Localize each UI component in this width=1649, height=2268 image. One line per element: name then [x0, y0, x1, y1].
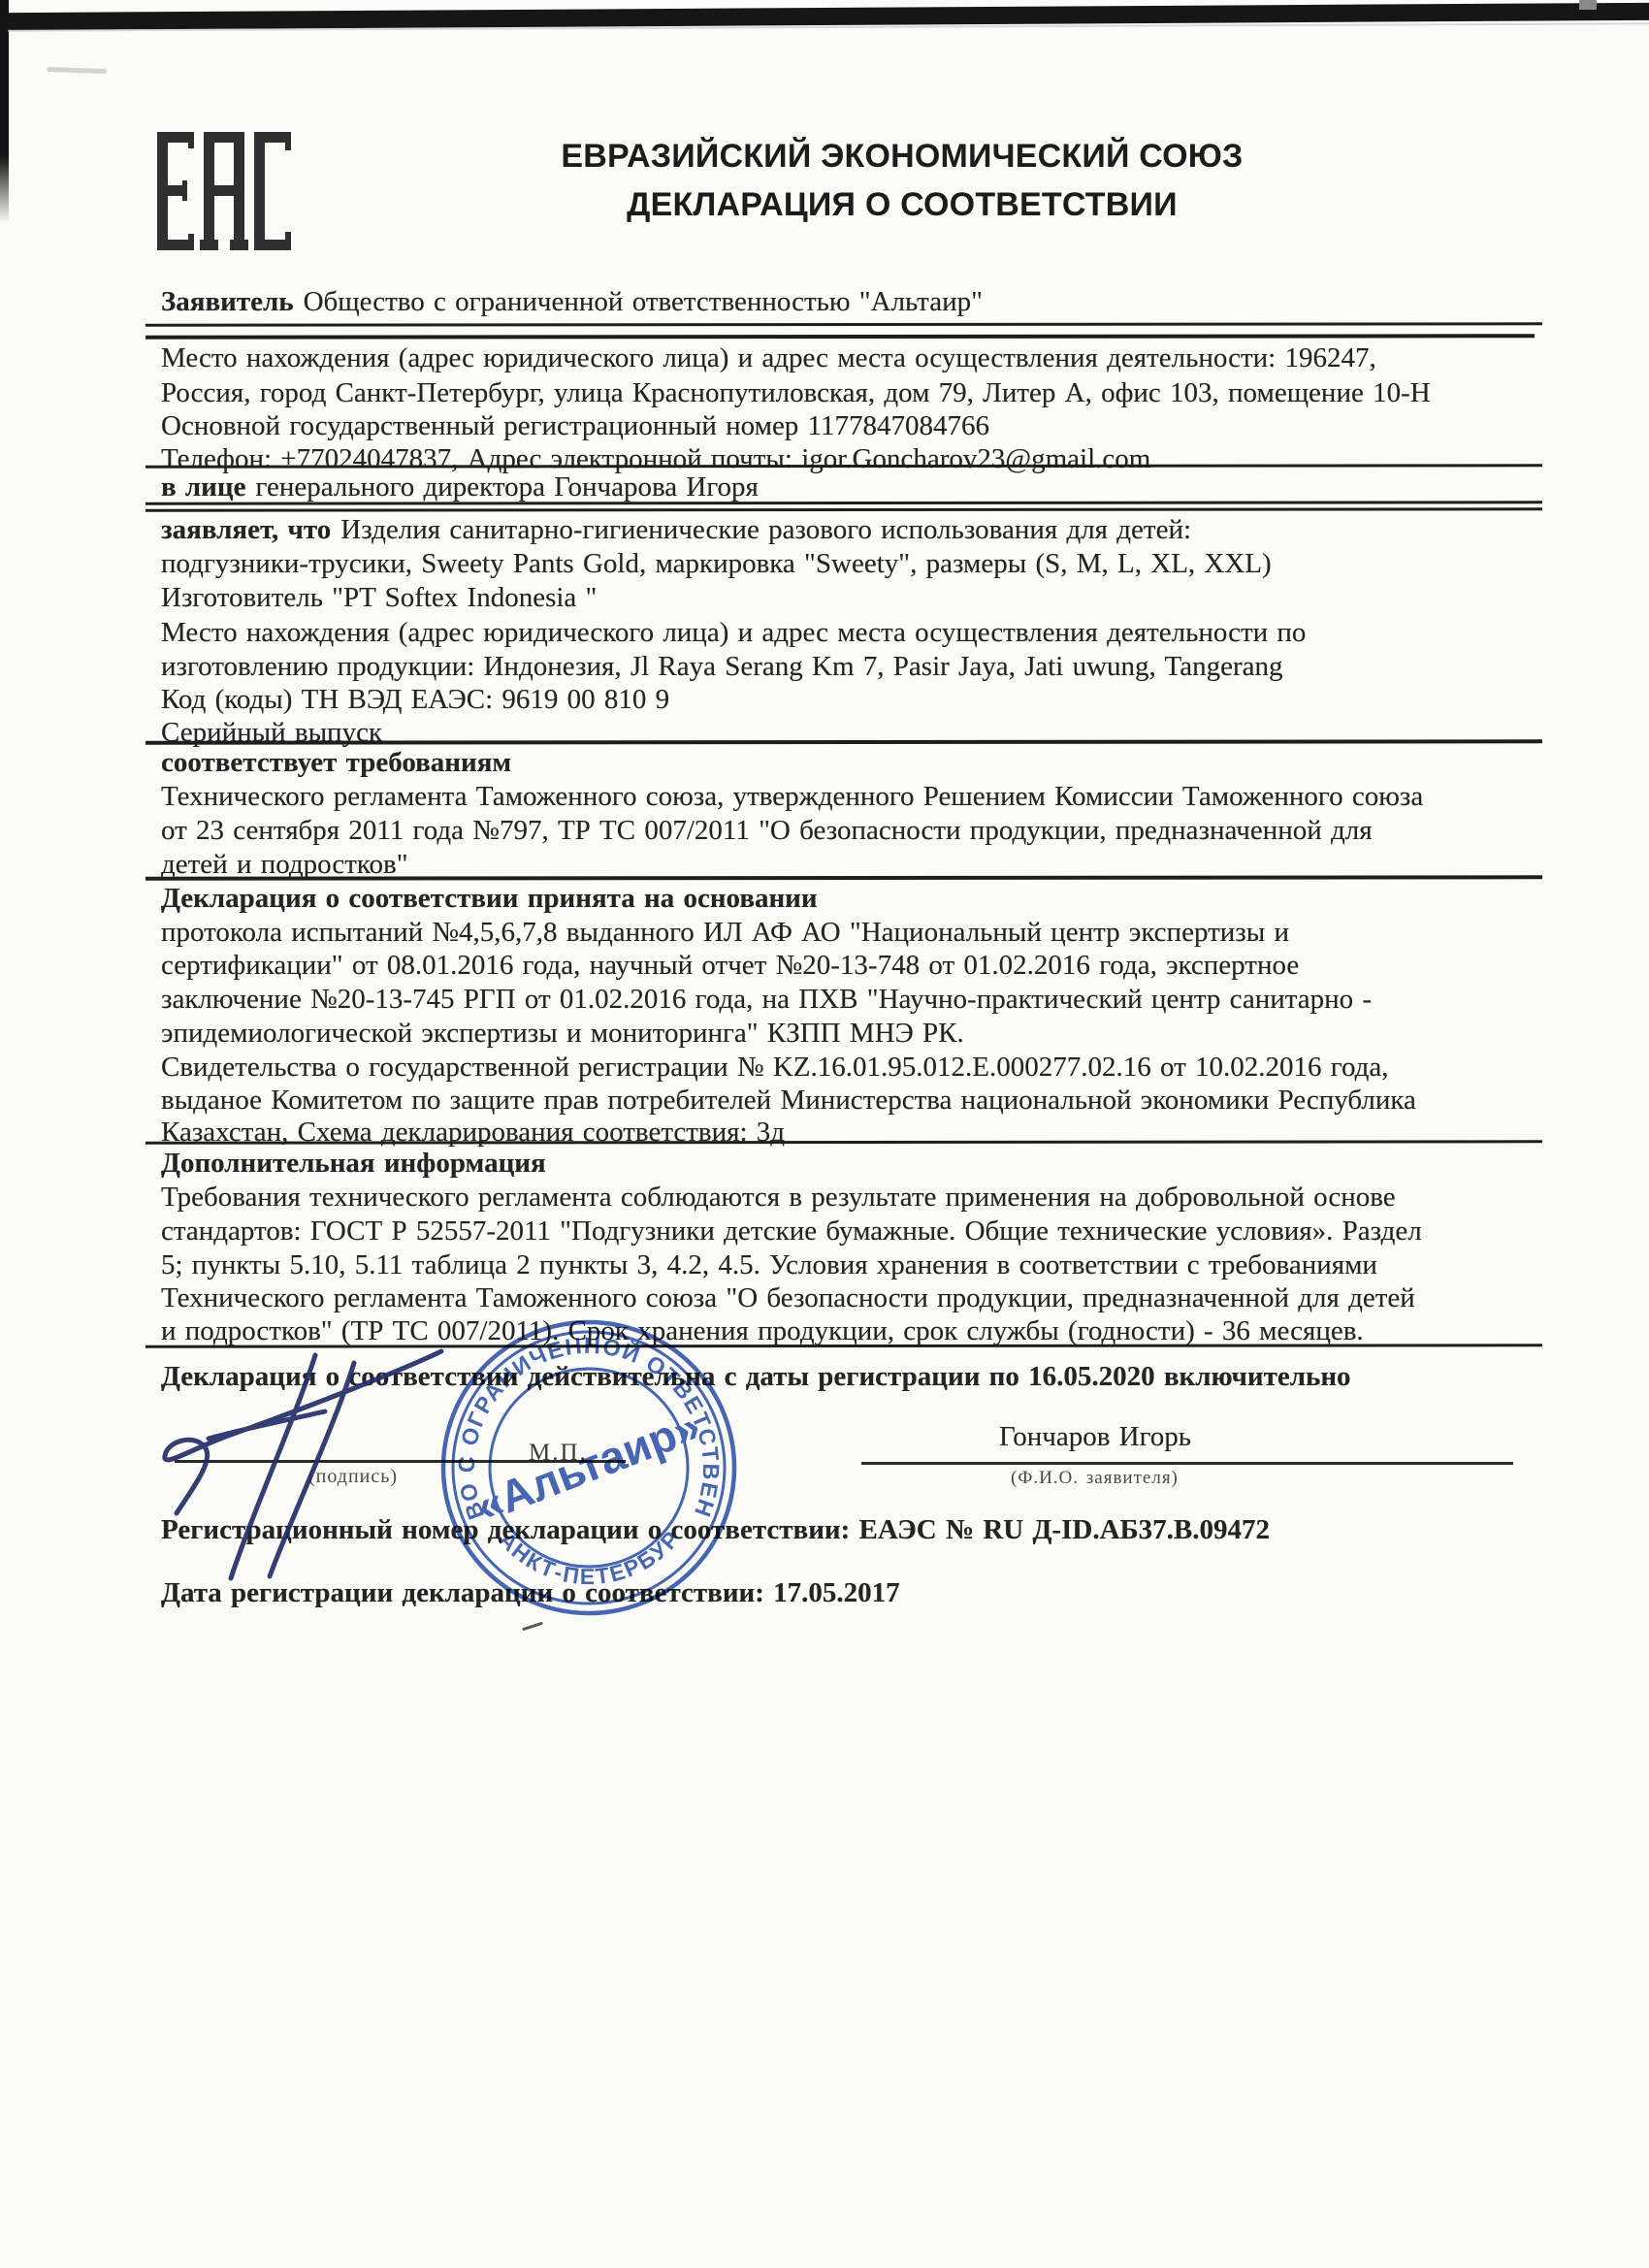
title-union: ЕВРАЗИЙСКИЙ ЭКОНОМИЧЕСКИЙ СОЮЗ	[524, 132, 1280, 180]
basis-line-5: Свидетельства о государственной регистра…	[161, 1053, 1389, 1082]
declares-label: заявляет, что	[161, 514, 331, 545]
company-stamp: ОБЩЕСТВО С ОГРАНИЧЕННОЙ ОТВЕТСТВЕННОСТЬЮ…	[434, 1312, 744, 1623]
signer-name: Гончаров Игорь	[999, 1422, 1191, 1451]
complies-line-2: от 23 сентября 2011 года №797, ТР ТС 007…	[161, 816, 1373, 845]
in-person-value: генерального директора Гончарова Игоря	[255, 471, 758, 502]
separator-line	[145, 739, 1542, 745]
pen-tick-mark	[522, 1622, 543, 1632]
declares-value: Изделия санитарно-гигиенические разового…	[340, 514, 1191, 545]
scan-edge-left	[0, 0, 9, 223]
in-person-line: в лицегенерального директора Гончарова И…	[161, 472, 759, 502]
additional-line-2: стандартов: ГОСТ Р 52557-2011 "Подгузник…	[161, 1216, 1422, 1246]
applicant-value: Общество с ограниченной ответственностью…	[304, 286, 983, 317]
additional-line-3: 5; пункты 5.10, 5.11 таблица 2 пункты 3,…	[161, 1250, 1377, 1280]
ogrn-line: Основной государственный регистрационный…	[161, 411, 989, 440]
product-line: подгузники-трусики, Sweety Pants Gold, м…	[161, 549, 1272, 578]
additional-heading: Дополнительная информация	[161, 1149, 546, 1178]
basis-heading: Декларация о соответствии принята на осн…	[161, 884, 818, 913]
applicant-line: ЗаявительОбщество с ограниченной ответст…	[161, 287, 983, 316]
signer-name-line	[861, 1462, 1513, 1465]
separator-line	[145, 1140, 1542, 1145]
scan-mark-top-right	[1579, 0, 1597, 10]
basis-line-6: выданое Комитетом по защите прав потреби…	[161, 1085, 1416, 1115]
basis-line-1: протокола испытаний №4,5,6,7,8 выданного…	[161, 918, 1289, 947]
in-person-label: в лице	[161, 471, 245, 502]
signer-caption: (Ф.И.О. заявителя)	[1011, 1469, 1179, 1488]
address-line-2: Россия, город Санкт-Петербург, улица Кра…	[161, 378, 1431, 407]
manufacturer-line: Изготовитель "PT Softex Indonesia "	[161, 583, 597, 612]
additional-line-1: Требования технического регламента соблю…	[161, 1183, 1396, 1212]
separator-line	[145, 501, 1542, 505]
basis-line-2: сертификации" от 08.01.2016 года, научны…	[161, 951, 1299, 980]
declares-line: заявляет, чтоИзделия санитарно-гигиениче…	[161, 515, 1191, 544]
complies-line-3: детей и подростков"	[161, 850, 408, 879]
complies-line-1: Технического регламента Таможенного союз…	[161, 782, 1423, 811]
applicant-label: Заявитель	[161, 286, 294, 317]
additional-line-4: Технического регламента Таможенного союз…	[161, 1283, 1415, 1312]
mfr-address-line-1: Место нахождения (адрес юридического лиц…	[161, 618, 1306, 647]
scan-smudge	[47, 67, 107, 74]
contact-line: Телефон: +77024047837, Адрес электронной…	[161, 444, 1150, 473]
mfr-address-line-2: изготовлению продукции: Индонезия, Jl Ra…	[161, 652, 1282, 681]
separator-line	[145, 322, 1542, 327]
basis-line-4: эпидемиологической экспертизы и монитори…	[161, 1019, 964, 1048]
title-declaration: ДЕКЛАРАЦИЯ О СООТВЕТСТВИИ	[524, 180, 1280, 229]
separator-line	[145, 334, 1535, 339]
eac-mark-icon	[157, 132, 293, 250]
stamp-center-text: «Альтаир»	[469, 1400, 707, 1531]
separator-line	[145, 875, 1542, 881]
tnved-line: Код (коды) ТН ВЭД ЕАЭС: 9619 00 810 9	[161, 685, 669, 714]
address-line-1: Место нахождения (адрес юридического лиц…	[161, 343, 1376, 373]
document-title: ЕВРАЗИЙСКИЙ ЭКОНОМИЧЕСКИЙ СОЮЗ ДЕКЛАРАЦИ…	[524, 132, 1280, 229]
separator-line	[145, 507, 1542, 512]
basis-line-3: заключение №20-13-745 РГП от 01.02.2016 …	[161, 985, 1372, 1014]
complies-heading: соответствует требованиям	[161, 748, 511, 777]
scanned-declaration-page: ЕВРАЗИЙСКИЙ ЭКОНОМИЧЕСКИЙ СОЮЗ ДЕКЛАРАЦИ…	[0, 0, 1649, 2268]
